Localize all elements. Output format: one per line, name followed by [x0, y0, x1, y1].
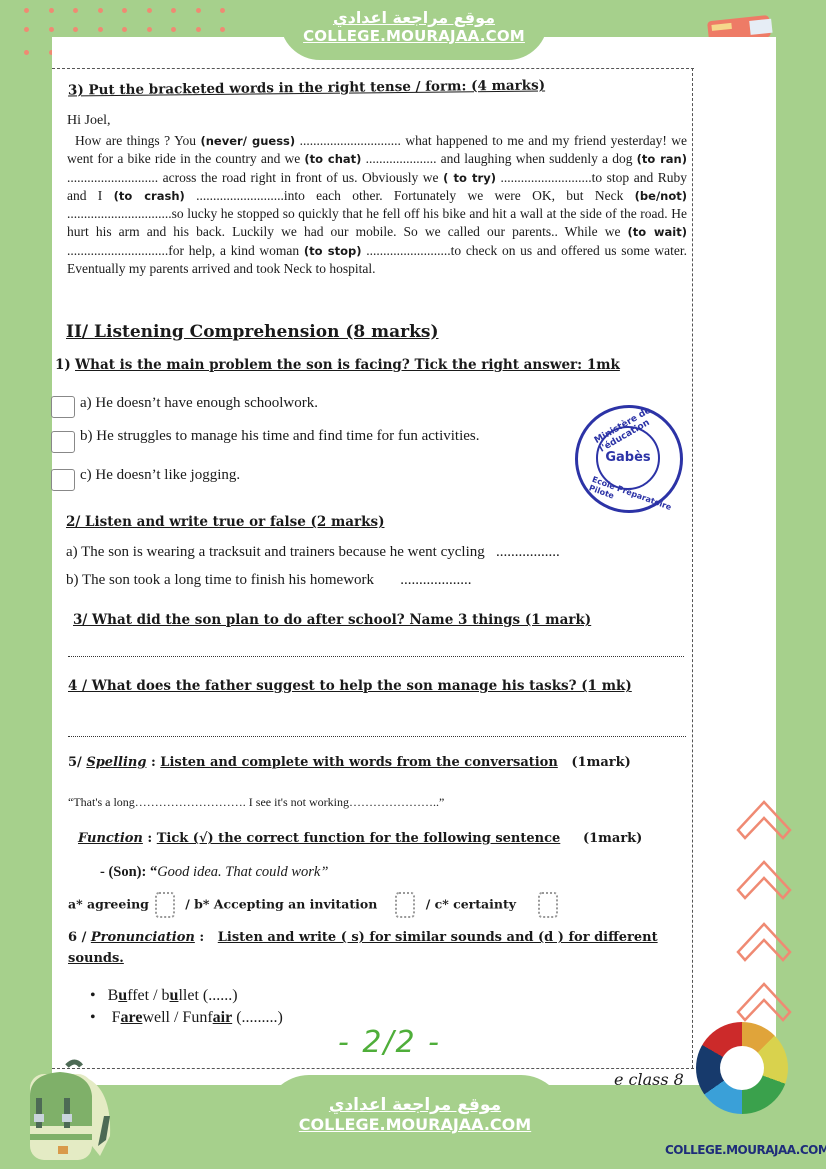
- letter-greeting: Hi Joel,: [67, 113, 111, 129]
- page-number: - 2/2 -: [338, 1025, 441, 1060]
- backpack-illustration: [12, 1056, 112, 1164]
- footer-arabic-title: موقع مراجعة اعدادي: [265, 1095, 565, 1115]
- function-choice-a-checkbox[interactable]: [155, 892, 175, 918]
- chevron-up-icon: [735, 850, 793, 908]
- q3-answer-line[interactable]: [68, 656, 684, 657]
- school-stamp: Ministère de l'éducation Gabès Ecole Pré…: [575, 405, 683, 513]
- q2-item-b-text: b) The son took a long time to finish hi…: [66, 572, 374, 588]
- q4-answer-line[interactable]: [68, 736, 686, 737]
- site-header-banner[interactable]: موقع مراجعة اعدادي COLLEGE.MOURAJAA.COM: [280, 0, 548, 60]
- function-heading: Function : Tick (√) the correct function…: [78, 831, 642, 846]
- subjects-wheel-logo: [696, 1022, 788, 1114]
- function-choice-a: a* agreeing: [68, 897, 149, 912]
- bracketed-verb: (be/not): [635, 189, 687, 203]
- q2-item-a-blank[interactable]: .................: [496, 544, 560, 560]
- site-footer-banner[interactable]: موقع مراجعة اعدادي COLLEGE.MOURAJAA.COM: [265, 1075, 565, 1169]
- letter-body: How are things ? You (never/ guess) ....…: [67, 132, 687, 278]
- bracketed-verb: (never/ guess): [200, 134, 295, 148]
- q1-option-b: b) He struggles to manage his time and f…: [80, 428, 480, 445]
- q2-item-b-blank[interactable]: ...................: [400, 572, 471, 588]
- bracketed-verb: (to crash): [114, 189, 185, 203]
- function-speaker: - (Son): “: [100, 864, 157, 880]
- bracketed-verb: ( to try): [443, 171, 496, 185]
- chevron-up-icon: [735, 912, 793, 970]
- q4-title: 4 / What does the father suggest to help…: [68, 678, 632, 694]
- bracketed-verb: (to wait): [628, 225, 687, 239]
- function-marks: (1mark): [583, 831, 642, 846]
- header-site-link[interactable]: COLLEGE.MOURAJAA.COM: [280, 27, 548, 45]
- handwritten-note: e class 8: [614, 1070, 684, 1089]
- q5-heading: 5/ Spelling : Listen and complete with w…: [68, 755, 631, 770]
- q5-marks: (1mark): [571, 755, 630, 770]
- q2-item-a-text: a) The son is wearing a tracksuit and tr…: [66, 544, 485, 560]
- q1-option-c: c) He doesn’t like jogging.: [80, 467, 240, 484]
- brand-logo-text[interactable]: COLLEGE.MOURAJAA.COM: [665, 1143, 826, 1157]
- q6-pair-2: • Farewell / Funfair (.........): [90, 1007, 283, 1029]
- function-title: Tick (√) the correct function for the fo…: [157, 831, 561, 846]
- function-choice-c: / c* certainty: [426, 897, 516, 912]
- q1-option-b-checkbox[interactable]: [51, 431, 75, 453]
- q1-option-a: a) He doesn’t have enough schoolwork.: [80, 395, 318, 412]
- q1-option-a-checkbox[interactable]: [51, 396, 75, 418]
- q5-prefix: 5/: [68, 755, 82, 770]
- q6-label: Pronunciation: [91, 930, 195, 945]
- header-arabic-title: موقع مراجعة اعدادي: [280, 8, 548, 27]
- footer-site-link[interactable]: COLLEGE.MOURAJAA.COM: [265, 1115, 565, 1134]
- q1-option-c-checkbox[interactable]: [51, 469, 75, 491]
- q5-title: Listen and complete with words from the …: [160, 755, 558, 770]
- page-border-right: [692, 68, 693, 1068]
- function-label: Function: [78, 831, 143, 846]
- chevron-up-icon: [735, 790, 793, 848]
- bracketed-verb: (to ran): [637, 152, 687, 166]
- q2-title: 2/ Listen and write true or false (2 mar…: [66, 514, 384, 530]
- bracketed-verb: (to stop): [304, 244, 362, 258]
- page-border-bottom: [52, 1068, 694, 1069]
- q3-title: 3/ What did the son plan to do after sch…: [73, 612, 591, 628]
- q6-prefix: 6 /: [68, 930, 86, 945]
- function-choices: a* agreeing / b* Accepting an invitation…: [68, 892, 564, 918]
- function-choice-b: / b* Accepting an invitation: [185, 897, 377, 912]
- q2-item-b: b) The son took a long time to finish hi…: [66, 572, 472, 589]
- function-choice-c-checkbox[interactable]: [538, 892, 558, 918]
- function-quote-line: - (Son): “Good idea. That could work”: [100, 864, 328, 881]
- q6-heading: 6 / Pronunciation : Listen and write ( s…: [68, 927, 688, 969]
- q5-sentence[interactable]: “That's a long………………………. I see it's not …: [68, 795, 444, 810]
- q1-title: What is the main problem the son is faci…: [75, 357, 620, 373]
- q1-number: 1): [55, 357, 71, 373]
- q5-label: Spelling: [86, 755, 146, 770]
- listening-section-title: II/ Listening Comprehension (8 marks): [66, 322, 439, 342]
- page-border-top: [52, 68, 694, 69]
- q6-pairs: • Buffet / bullet (......) • Farewell / …: [90, 985, 283, 1029]
- function-quote: Good idea. That could work”: [157, 864, 328, 880]
- q2-item-a: a) The son is wearing a tracksuit and tr…: [66, 544, 560, 561]
- function-choice-b-checkbox[interactable]: [395, 892, 415, 918]
- bracketed-verb: (to chat): [304, 152, 361, 166]
- q6-pair-1: • Buffet / bullet (......): [90, 985, 283, 1007]
